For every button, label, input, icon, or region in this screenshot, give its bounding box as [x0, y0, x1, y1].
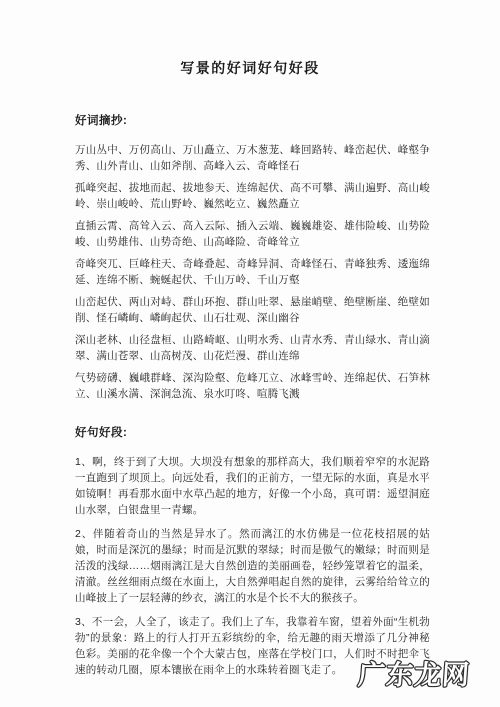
section-heading-good-words: 好词摘抄: — [75, 112, 430, 128]
word-list-paragraph-3: 直插云霄、高耸入云、高入云际、插入云端、巍巍雄姿、雄伟险峻、山势险峻、山势雄伟、… — [75, 218, 430, 250]
watermark: 广东龙网 — [354, 654, 475, 699]
sentence-section: 1、啊，终于到了大坝。大坝没有想象的那样高大，我们顺着窄窄的水泥路一直跑到了坝顶… — [75, 454, 430, 678]
word-list-section: 万山丛中、万仞高山、万山矗立、万木葱茏、峰回路转、峰峦起伏、峰壑争秀、山外青山、… — [75, 142, 430, 402]
sentence-paragraph-1: 1、啊，终于到了大坝。大坝没有想象的那样高大，我们顺着窄窄的水泥路一直跑到了坝顶… — [75, 454, 430, 518]
word-list-paragraph-2: 孤峰突起、拔地而起、拔地参天、连绵起伏、高不可攀、满山遍野、高山峻岭、崇山峻岭、… — [75, 180, 430, 212]
document-page: 写景的好词好句好段 好词摘抄: 万山丛中、万仞高山、万山矗立、万木葱茏、峰回路转… — [0, 0, 500, 707]
sentence-paragraph-2: 2、伴随着奇山的当然是异水了。然而漓江的水仿佛是一位花枝招展的姑娘，时而是深沉的… — [75, 526, 430, 606]
watermark-graphic: 广东龙网 — [355, 654, 476, 694]
watermark-text: 广东龙网 — [357, 660, 471, 690]
word-list-paragraph-1: 万山丛中、万仞高山、万山矗立、万木葱茏、峰回路转、峰峦起伏、峰壑争秀、山外青山、… — [75, 142, 430, 174]
section-heading-good-sentences: 好句好段: — [75, 424, 430, 440]
page-title: 写景的好词好句好段 — [0, 0, 500, 78]
word-list-paragraph-7: 气势磅礴、巍峨群峰、深沟险壑、危峰兀立、冰峰雪岭、连绵起伏、石笋林立、山溪水满、… — [75, 370, 430, 402]
word-list-paragraph-6: 深山老林、山径盘桓、山路崎岖、山明水秀、山青水秀、青山绿水、青山滴翠、满山苍翠、… — [75, 332, 430, 364]
document-body: 好词摘抄: 万山丛中、万仞高山、万山矗立、万木葱茏、峰回路转、峰峦起伏、峰壑争秀… — [75, 112, 430, 678]
word-list-paragraph-5: 山峦起伏、两山对峙、群山环抱、群山吐翠、悬崖峭壁、绝壁断崖、绝壁如削、怪石嶙峋、… — [75, 294, 430, 326]
word-list-paragraph-4: 奇峰突兀、巨峰柱天、奇峰叠起、奇峰异洞、奇峰怪石、青峰独秀、逶迤绵延、连绵不断、… — [75, 256, 430, 288]
